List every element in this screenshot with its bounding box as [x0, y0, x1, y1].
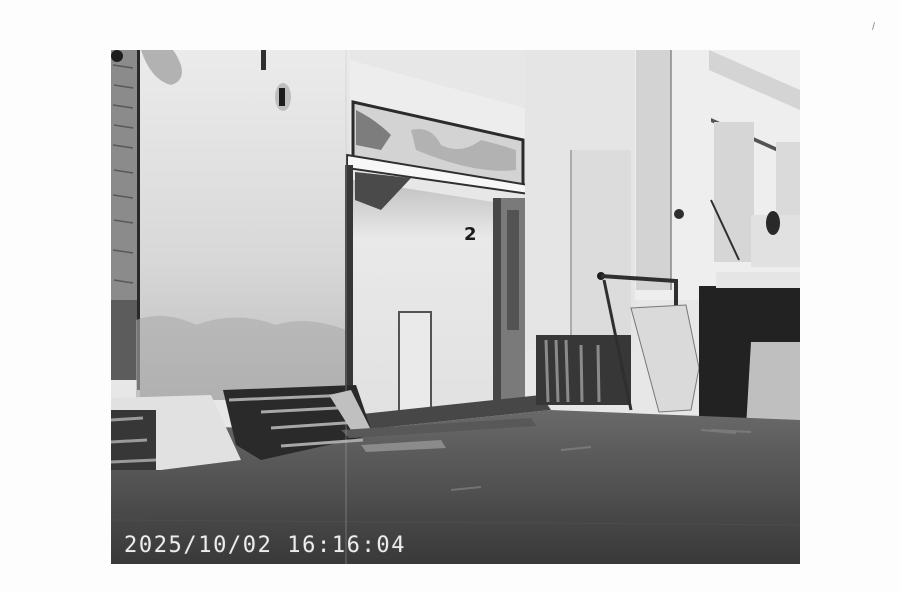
photo-timestamp: 2025/10/02 16:16:04 — [124, 533, 406, 558]
door-number-label: 2 — [464, 224, 477, 245]
warehouse-photo: 2 2025/10/02 16:16:04 — [111, 50, 800, 564]
photo-scene — [111, 50, 800, 564]
scan-mark — [872, 22, 875, 30]
